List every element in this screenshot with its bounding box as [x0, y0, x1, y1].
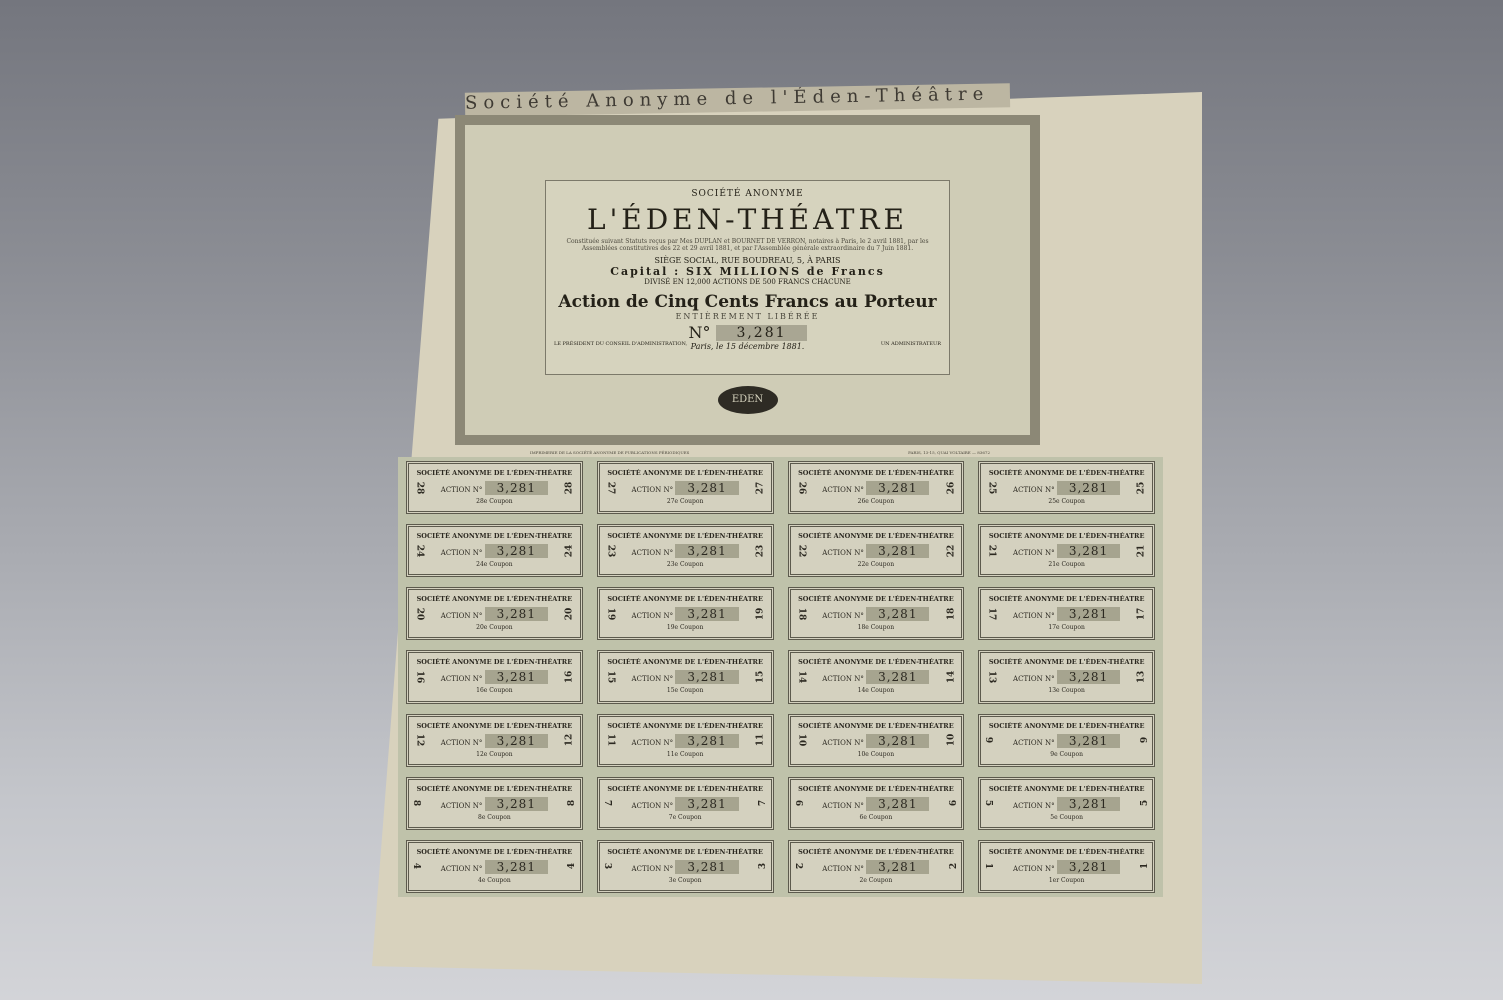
coupon-action-row: ACTION N° 3,281 — [409, 797, 580, 811]
coupon-ordinal: 26e Coupon — [791, 498, 962, 505]
coupon: 11 SOCIÉTÉ ANONYME DE L'ÉDEN-THÉATRE ACT… — [597, 714, 774, 767]
coupon-action-label: ACTION N° — [441, 802, 483, 810]
coupon-share-number: 3,281 — [675, 860, 738, 874]
coupon-action-label: ACTION N° — [1013, 739, 1055, 747]
coupon-number-right: 13 — [1137, 671, 1147, 684]
coupon-ordinal: 22e Coupon — [791, 561, 962, 568]
coupon: 19 SOCIÉTÉ ANONYME DE L'ÉDEN-THÉATRE ACT… — [597, 587, 774, 640]
coupon-society: SOCIÉTÉ ANONYME DE L'ÉDEN-THÉATRE — [791, 848, 962, 856]
coupon-ordinal: 25e Coupon — [981, 498, 1152, 505]
coupon: 15 SOCIÉTÉ ANONYME DE L'ÉDEN-THÉATRE ACT… — [597, 650, 774, 703]
coupon-ordinal: 15e Coupon — [600, 687, 771, 694]
coupon-action-row: ACTION N° 3,281 — [981, 607, 1152, 621]
coupon-action-label: ACTION N° — [1013, 802, 1055, 810]
coupon-society: SOCIÉTÉ ANONYME DE L'ÉDEN-THÉATRE — [600, 785, 771, 793]
coupon-action-label: ACTION N° — [1013, 549, 1055, 557]
coupon-ordinal: 21e Coupon — [981, 561, 1152, 568]
coupon-action-label: ACTION N° — [822, 549, 864, 557]
president-label: LE PRÉSIDENT DU CONSEIL D'ADMINISTRATION… — [554, 341, 687, 347]
coupon-number-right: 3 — [758, 863, 768, 869]
coupon-ordinal: 24e Coupon — [409, 561, 580, 568]
coupon: 26 SOCIÉTÉ ANONYME DE L'ÉDEN-THÉATRE ACT… — [788, 461, 965, 514]
action-title: Action de Cinq Cents Francs au Porteur — [546, 292, 949, 312]
coupon-share-number: 3,281 — [675, 797, 738, 811]
coupon-action-row: ACTION N° 3,281 — [981, 734, 1152, 748]
coupon-action-row: ACTION N° 3,281 — [409, 734, 580, 748]
coupon-number-left: 5 — [983, 800, 993, 806]
coupon-share-number: 3,281 — [485, 607, 548, 621]
constitution-text: Constituée suivant Statuts reçus par Mes… — [552, 238, 943, 252]
coupon: 28 SOCIÉTÉ ANONYME DE L'ÉDEN-THÉATRE ACT… — [406, 461, 583, 514]
coupon-share-number: 3,281 — [675, 544, 738, 558]
company-name: L'ÉDEN-THÉATRE — [546, 203, 949, 236]
coupon-number-left: 22 — [796, 544, 806, 557]
coupon-action-label: ACTION N° — [441, 739, 483, 747]
coupon-share-number: 3,281 — [675, 607, 738, 621]
coupon-ordinal: 23e Coupon — [600, 561, 771, 568]
coupon-number-left: 17 — [987, 608, 997, 621]
coupon-number-right: 8 — [568, 800, 578, 806]
eden-emblem: EDEN — [718, 386, 778, 414]
coupon-number-left: 10 — [796, 734, 806, 747]
coupon-share-number: 3,281 — [485, 670, 548, 684]
printer-right: PARIS, 13-15, QUAI VOLTAIRE — 83672 — [908, 450, 990, 455]
coupon-action-row: ACTION N° 3,281 — [791, 860, 962, 874]
coupon-society: SOCIÉTÉ ANONYME DE L'ÉDEN-THÉATRE — [791, 469, 962, 477]
coupon-society: SOCIÉTÉ ANONYME DE L'ÉDEN-THÉATRE — [981, 785, 1152, 793]
coupon-action-row: ACTION N° 3,281 — [409, 860, 580, 874]
coupon-society: SOCIÉTÉ ANONYME DE L'ÉDEN-THÉATRE — [791, 785, 962, 793]
coupon-number-right: 26 — [946, 481, 956, 494]
coupon-share-number: 3,281 — [485, 481, 548, 495]
coupon: 13 SOCIÉTÉ ANONYME DE L'ÉDEN-THÉATRE ACT… — [978, 650, 1155, 703]
coupon-action-row: ACTION N° 3,281 — [600, 860, 771, 874]
coupon: 21 SOCIÉTÉ ANONYME DE L'ÉDEN-THÉATRE ACT… — [978, 524, 1155, 577]
coupon-number-left: 21 — [987, 544, 997, 557]
coupon: 10 SOCIÉTÉ ANONYME DE L'ÉDEN-THÉATRE ACT… — [788, 714, 965, 767]
coupon-ordinal: 8e Coupon — [409, 814, 580, 821]
coupon-share-number: 3,281 — [1057, 797, 1120, 811]
coupon-action-label: ACTION N° — [1013, 675, 1055, 683]
coupon: 7 SOCIÉTÉ ANONYME DE L'ÉDEN-THÉATRE ACTI… — [597, 777, 774, 830]
coupon-action-label: ACTION N° — [441, 549, 483, 557]
coupon-action-row: ACTION N° 3,281 — [409, 670, 580, 684]
coupon-share-number: 3,281 — [1057, 670, 1120, 684]
coupon-action-row: ACTION N° 3,281 — [981, 544, 1152, 558]
coupon-ordinal: 10e Coupon — [791, 751, 962, 758]
coupon-action-label: ACTION N° — [822, 739, 864, 747]
coupon-number-right: 5 — [1140, 800, 1150, 806]
coupon-action-row: ACTION N° 3,281 — [600, 607, 771, 621]
coupon-action-row: ACTION N° 3,281 — [791, 670, 962, 684]
coupon-share-number: 3,281 — [675, 734, 738, 748]
coupon: 27 SOCIÉTÉ ANONYME DE L'ÉDEN-THÉATRE ACT… — [597, 461, 774, 514]
coupon-number-left: 11 — [605, 734, 615, 747]
coupon-number-left: 7 — [602, 800, 612, 806]
coupon: 12 SOCIÉTÉ ANONYME DE L'ÉDEN-THÉATRE ACT… — [406, 714, 583, 767]
coupon-number-right: 20 — [564, 608, 574, 621]
coupon-action-label: ACTION N° — [1013, 865, 1055, 873]
coupon-action-row: ACTION N° 3,281 — [791, 734, 962, 748]
coupon-number-left: 20 — [414, 608, 424, 621]
coupon-number-left: 6 — [793, 800, 803, 806]
coupon-share-number: 3,281 — [866, 544, 929, 558]
coupon-number-left: 13 — [987, 671, 997, 684]
coupon-number-left: 23 — [605, 544, 615, 557]
coupon-number-left: 3 — [602, 863, 612, 869]
coupon: 3 SOCIÉTÉ ANONYME DE L'ÉDEN-THÉATRE ACTI… — [597, 840, 774, 893]
coupon-number-right: 15 — [755, 671, 765, 684]
coupon-action-row: ACTION N° 3,281 — [600, 544, 771, 558]
coupon-share-number: 3,281 — [1057, 481, 1120, 495]
coupon-society: SOCIÉTÉ ANONYME DE L'ÉDEN-THÉATRE — [409, 785, 580, 793]
coupon-action-label: ACTION N° — [441, 865, 483, 873]
number-label: N° — [688, 323, 710, 342]
coupon-action-row: ACTION N° 3,281 — [600, 670, 771, 684]
coupon-society: SOCIÉTÉ ANONYME DE L'ÉDEN-THÉATRE — [791, 595, 962, 603]
coupon-number-left: 1 — [983, 863, 993, 869]
coupon-action-row: ACTION N° 3,281 — [409, 481, 580, 495]
coupon-society: SOCIÉTÉ ANONYME DE L'ÉDEN-THÉATRE — [791, 532, 962, 540]
coupon-society: SOCIÉTÉ ANONYME DE L'ÉDEN-THÉATRE — [981, 595, 1152, 603]
coupon-number-right: 24 — [564, 544, 574, 557]
coupon-ordinal: 18e Coupon — [791, 624, 962, 631]
coupon-action-label: ACTION N° — [632, 802, 674, 810]
coupon-number-left: 2 — [793, 863, 803, 869]
coupon-number-left: 9 — [983, 737, 993, 743]
coupon: 17 SOCIÉTÉ ANONYME DE L'ÉDEN-THÉATRE ACT… — [978, 587, 1155, 640]
coupon-number-left: 24 — [414, 544, 424, 557]
coupon: 16 SOCIÉTÉ ANONYME DE L'ÉDEN-THÉATRE ACT… — [406, 650, 583, 703]
coupon-action-row: ACTION N° 3,281 — [791, 544, 962, 558]
share-certificate-body: SOCIÉTÉ ANONYME L'ÉDEN-THÉATRE Constitué… — [455, 115, 1040, 445]
coupon-ordinal: 13e Coupon — [981, 687, 1152, 694]
administrator-label: UN ADMINISTRATEUR — [881, 341, 941, 347]
coupon: 24 SOCIÉTÉ ANONYME DE L'ÉDEN-THÉATRE ACT… — [406, 524, 583, 577]
coupon-society: SOCIÉTÉ ANONYME DE L'ÉDEN-THÉATRE — [409, 722, 580, 730]
coupon-action-label: ACTION N° — [822, 486, 864, 494]
coupon-society: SOCIÉTÉ ANONYME DE L'ÉDEN-THÉATRE — [600, 848, 771, 856]
coupon-number-right: 4 — [568, 863, 578, 869]
coupon-society: SOCIÉTÉ ANONYME DE L'ÉDEN-THÉATRE — [600, 469, 771, 477]
coupon-action-label: ACTION N° — [1013, 612, 1055, 620]
coupon-share-number: 3,281 — [675, 481, 738, 495]
coupon-number-right: 21 — [1137, 544, 1147, 557]
coupon-share-number: 3,281 — [485, 797, 548, 811]
printer-line: IMPRIMERIE DE LA SOCIÉTÉ ANONYME DE PUBL… — [530, 450, 990, 455]
coupon-number-right: 1 — [1140, 863, 1150, 869]
coupon-number-right: 23 — [755, 544, 765, 557]
coupon-share-number: 3,281 — [1057, 607, 1120, 621]
coupon-ordinal: 11e Coupon — [600, 751, 771, 758]
coupon-society: SOCIÉTÉ ANONYME DE L'ÉDEN-THÉATRE — [600, 722, 771, 730]
liberee-label: ENTIÈREMENT LIBÉRÉE — [546, 312, 949, 321]
coupon-ordinal: 1er Coupon — [981, 877, 1152, 884]
coupon-number-left: 25 — [987, 481, 997, 494]
coupon-action-label: ACTION N° — [441, 675, 483, 683]
coupon-action-label: ACTION N° — [632, 739, 674, 747]
coupon-ordinal: 27e Coupon — [600, 498, 771, 505]
coupon-number-right: 28 — [564, 481, 574, 494]
coupon-number-left: 8 — [411, 800, 421, 806]
coupon-society: SOCIÉTÉ ANONYME DE L'ÉDEN-THÉATRE — [600, 532, 771, 540]
coupon: 8 SOCIÉTÉ ANONYME DE L'ÉDEN-THÉATRE ACTI… — [406, 777, 583, 830]
coupon-ordinal: 28e Coupon — [409, 498, 580, 505]
coupon: 20 SOCIÉTÉ ANONYME DE L'ÉDEN-THÉATRE ACT… — [406, 587, 583, 640]
coupon-number-right: 25 — [1137, 481, 1147, 494]
coupon-action-row: ACTION N° 3,281 — [791, 797, 962, 811]
coupon: 2 SOCIÉTÉ ANONYME DE L'ÉDEN-THÉATRE ACTI… — [788, 840, 965, 893]
coupon-ordinal: 6e Coupon — [791, 814, 962, 821]
coupon-action-row: ACTION N° 3,281 — [791, 607, 962, 621]
coupon-number-left: 26 — [796, 481, 806, 494]
coupon: 14 SOCIÉTÉ ANONYME DE L'ÉDEN-THÉATRE ACT… — [788, 650, 965, 703]
coupon-number-left: 4 — [411, 863, 421, 869]
coupon-number-left: 27 — [605, 481, 615, 494]
coupon-share-number: 3,281 — [1057, 860, 1120, 874]
coupon-number-right: 12 — [564, 734, 574, 747]
coupon-ordinal: 5e Coupon — [981, 814, 1152, 821]
coupon-share-number: 3,281 — [485, 734, 548, 748]
coupon: 23 SOCIÉTÉ ANONYME DE L'ÉDEN-THÉATRE ACT… — [597, 524, 774, 577]
coupon-share-number: 3,281 — [866, 670, 929, 684]
printer-left: IMPRIMERIE DE LA SOCIÉTÉ ANONYME DE PUBL… — [530, 450, 689, 455]
coupon-number-right: 10 — [946, 734, 956, 747]
coupon-action-label: ACTION N° — [632, 549, 674, 557]
coupon-action-row: ACTION N° 3,281 — [409, 607, 580, 621]
coupon-share-number: 3,281 — [485, 544, 548, 558]
coupon-ordinal: 12e Coupon — [409, 751, 580, 758]
coupon-grid: 28 SOCIÉTÉ ANONYME DE L'ÉDEN-THÉATRE ACT… — [398, 457, 1163, 897]
coupon-number-right: 16 — [564, 671, 574, 684]
coupon: 25 SOCIÉTÉ ANONYME DE L'ÉDEN-THÉATRE ACT… — [978, 461, 1155, 514]
coupon-action-label: ACTION N° — [632, 675, 674, 683]
coupon-ordinal: 9e Coupon — [981, 751, 1152, 758]
coupon-action-label: ACTION N° — [1013, 486, 1055, 494]
coupon: 18 SOCIÉTÉ ANONYME DE L'ÉDEN-THÉATRE ACT… — [788, 587, 965, 640]
siege-social: SIÈGE SOCIAL, RUE BOUDREAU, 5, À PARIS — [546, 256, 949, 265]
coupon-number-right: 22 — [946, 544, 956, 557]
coupon-number-right: 9 — [1140, 737, 1150, 743]
coupon-share-number: 3,281 — [866, 860, 929, 874]
coupon-ordinal: 2e Coupon — [791, 877, 962, 884]
coupon-action-label: ACTION N° — [632, 486, 674, 494]
coupon-share-number: 3,281 — [1057, 734, 1120, 748]
coupon: 1 SOCIÉTÉ ANONYME DE L'ÉDEN-THÉATRE ACTI… — [978, 840, 1155, 893]
coupon-number-right: 27 — [755, 481, 765, 494]
coupon-number-left: 15 — [605, 671, 615, 684]
coupon-number-right: 11 — [755, 734, 765, 747]
coupon-action-label: ACTION N° — [632, 612, 674, 620]
certificate-text-panel: SOCIÉTÉ ANONYME L'ÉDEN-THÉATRE Constitué… — [545, 180, 950, 375]
coupon-number-left: 19 — [605, 608, 615, 621]
coupon-ordinal: 4e Coupon — [409, 877, 580, 884]
coupon-action-label: ACTION N° — [441, 612, 483, 620]
coupon-action-row: ACTION N° 3,281 — [791, 481, 962, 495]
coupon-number-right: 6 — [949, 800, 959, 806]
coupon-share-number: 3,281 — [866, 797, 929, 811]
coupon-action-row: ACTION N° 3,281 — [981, 481, 1152, 495]
coupon-number-left: 16 — [414, 671, 424, 684]
coupon-ordinal: 16e Coupon — [409, 687, 580, 694]
coupon-number-left: 12 — [414, 734, 424, 747]
coupon-action-row: ACTION N° 3,281 — [981, 860, 1152, 874]
share-division: DIVISÉ EN 12,000 ACTIONS DE 500 FRANCS C… — [546, 278, 949, 286]
coupon-society: SOCIÉTÉ ANONYME DE L'ÉDEN-THÉATRE — [600, 595, 771, 603]
coupon-share-number: 3,281 — [866, 734, 929, 748]
coupon-share-number: 3,281 — [866, 481, 929, 495]
coupon-action-row: ACTION N° 3,281 — [409, 544, 580, 558]
coupon-number-right: 17 — [1137, 608, 1147, 621]
coupon-action-label: ACTION N° — [822, 865, 864, 873]
coupon-ordinal: 20e Coupon — [409, 624, 580, 631]
coupon-action-row: ACTION N° 3,281 — [981, 797, 1152, 811]
coupon-number-left: 14 — [796, 671, 806, 684]
coupon-number-right: 18 — [946, 608, 956, 621]
coupon-number-right: 19 — [755, 608, 765, 621]
coupon-action-row: ACTION N° 3,281 — [600, 734, 771, 748]
coupon-action-label: ACTION N° — [441, 486, 483, 494]
coupon-society: SOCIÉTÉ ANONYME DE L'ÉDEN-THÉATRE — [981, 722, 1152, 730]
signature-labels: LE PRÉSIDENT DU CONSEIL D'ADMINISTRATION… — [546, 341, 949, 347]
coupon-ordinal: 14e Coupon — [791, 687, 962, 694]
coupon-share-number: 3,281 — [866, 607, 929, 621]
coupon-society: SOCIÉTÉ ANONYME DE L'ÉDEN-THÉATRE — [791, 658, 962, 666]
coupon-action-row: ACTION N° 3,281 — [600, 797, 771, 811]
coupon-society: SOCIÉTÉ ANONYME DE L'ÉDEN-THÉATRE — [409, 532, 580, 540]
coupon-society: SOCIÉTÉ ANONYME DE L'ÉDEN-THÉATRE — [600, 658, 771, 666]
coupon-society: SOCIÉTÉ ANONYME DE L'ÉDEN-THÉATRE — [409, 658, 580, 666]
coupon-share-number: 3,281 — [485, 860, 548, 874]
coupon-action-row: ACTION N° 3,281 — [981, 670, 1152, 684]
coupon-society: SOCIÉTÉ ANONYME DE L'ÉDEN-THÉATRE — [981, 848, 1152, 856]
coupon: 5 SOCIÉTÉ ANONYME DE L'ÉDEN-THÉATRE ACTI… — [978, 777, 1155, 830]
coupon-society: SOCIÉTÉ ANONYME DE L'ÉDEN-THÉATRE — [981, 532, 1152, 540]
coupon-ordinal: 3e Coupon — [600, 877, 771, 884]
coupon-number-right: 7 — [758, 800, 768, 806]
coupon-action-row: ACTION N° 3,281 — [600, 481, 771, 495]
coupon-action-label: ACTION N° — [822, 612, 864, 620]
coupon-action-label: ACTION N° — [632, 865, 674, 873]
coupon: 4 SOCIÉTÉ ANONYME DE L'ÉDEN-THÉATRE ACTI… — [406, 840, 583, 893]
coupon-society: SOCIÉTÉ ANONYME DE L'ÉDEN-THÉATRE — [981, 658, 1152, 666]
coupon-society: SOCIÉTÉ ANONYME DE L'ÉDEN-THÉATRE — [981, 469, 1152, 477]
coupon-ordinal: 19e Coupon — [600, 624, 771, 631]
coupon-society: SOCIÉTÉ ANONYME DE L'ÉDEN-THÉATRE — [409, 595, 580, 603]
coupon-number-left: 18 — [796, 608, 806, 621]
coupon-society: SOCIÉTÉ ANONYME DE L'ÉDEN-THÉATRE — [409, 469, 580, 477]
coupon-ordinal: 7e Coupon — [600, 814, 771, 821]
coupon-share-number: 3,281 — [1057, 544, 1120, 558]
coupon-society: SOCIÉTÉ ANONYME DE L'ÉDEN-THÉATRE — [791, 722, 962, 730]
coupon-number-right: 2 — [949, 863, 959, 869]
share-number-row: N° 3,281 — [546, 323, 949, 342]
coupon: 9 SOCIÉTÉ ANONYME DE L'ÉDEN-THÉATRE ACTI… — [978, 714, 1155, 767]
coupon-ordinal: 17e Coupon — [981, 624, 1152, 631]
coupon-action-label: ACTION N° — [822, 675, 864, 683]
share-number: 3,281 — [716, 325, 806, 341]
coupon-action-label: ACTION N° — [822, 802, 864, 810]
capital: Capital : SIX MILLIONS de Francs — [546, 265, 949, 278]
coupon-society: SOCIÉTÉ ANONYME DE L'ÉDEN-THÉATRE — [409, 848, 580, 856]
coupon: 6 SOCIÉTÉ ANONYME DE L'ÉDEN-THÉATRE ACTI… — [788, 777, 965, 830]
coupon: 22 SOCIÉTÉ ANONYME DE L'ÉDEN-THÉATRE ACT… — [788, 524, 965, 577]
societe-anonyme-label: SOCIÉTÉ ANONYME — [546, 189, 949, 199]
coupon-share-number: 3,281 — [675, 670, 738, 684]
coupon-number-right: 14 — [946, 671, 956, 684]
coupon-number-left: 28 — [414, 481, 424, 494]
